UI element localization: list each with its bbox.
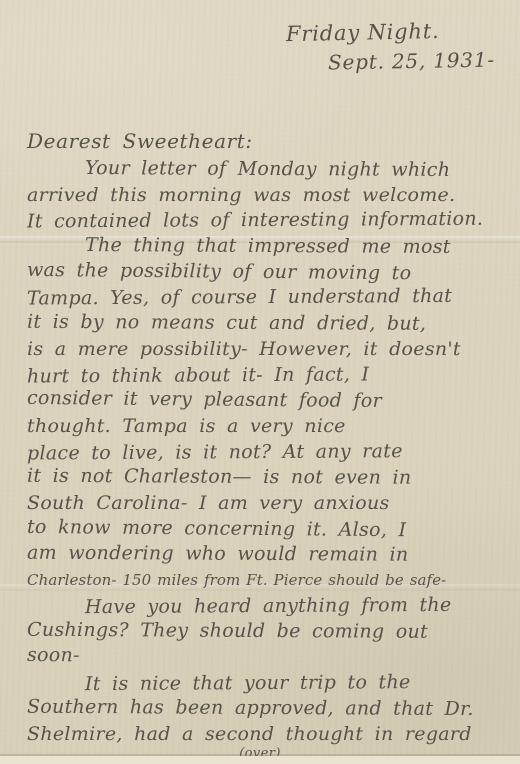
letter-line: place to live, is it not? At any rate [27,438,512,467]
letter-line: Shelmire, had a second thought in regard [27,722,512,748]
letter-line: soon- [27,643,512,673]
letter-line: Cushings? They should be coming out [27,618,512,646]
letter-line: Your letter of Monday night which [27,156,512,184]
letter-line: Charleston- 150 miles from Ft. Pierce sh… [27,568,512,594]
letter-line: It is nice that your trip to the [27,669,512,698]
letter-line: is a mere possibility- However, it doesn… [27,337,512,363]
letter-line: it is not Charleston— is not even in [27,464,512,492]
letter-line: to know more concerning it. Also, I [27,515,512,545]
letter-line: am wondering who would remain in [27,541,512,569]
salutation: Dearest Sweetheart: [27,129,253,153]
letter-line: The thing that impressed me most [27,233,512,261]
letter-heading: Friday Night. Sept. 25, 1931- [286,20,495,73]
letter-line: hurt to think about it- In fact, I [27,361,512,390]
letter-line: consider it very pleasant food for [27,386,512,416]
letter-line: Have you heard anything from the [27,592,512,621]
heading-day-line: Friday Night. [286,18,495,46]
letter-line: It contained lots of interesting informa… [27,207,512,236]
letter-line: thought. Tampa is a very nice [27,414,512,440]
letter-line: arrived this morning was most welcome. [27,183,512,209]
heading-date-line: Sept. 25, 1931- [328,48,495,75]
letter-line: South Carolina- I am very anxious [27,491,512,517]
letter-line: Tampa. Yes, of course I understand that [27,284,512,313]
letter-line: Southern has been approved, and that Dr. [27,695,512,723]
paper-bottom-edge [0,754,520,764]
letter-body: Your letter of Monday night which arrive… [27,157,512,748]
letter-page: Friday Night. Sept. 25, 1931- Dearest Sw… [0,0,520,764]
letter-line: it is by no means cut and dried, but, [27,310,512,338]
